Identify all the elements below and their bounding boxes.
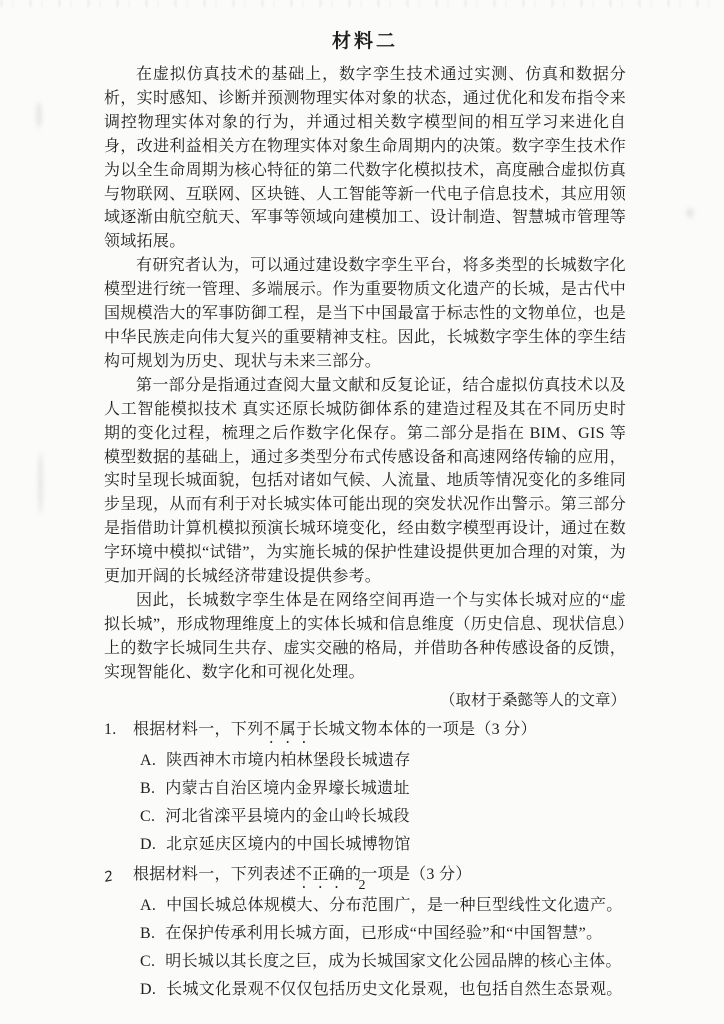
- question-1-option-d: D.北京延庆区境内的中国长城博物馆: [104, 831, 626, 859]
- option-label: D.: [140, 981, 156, 998]
- page-content: 材料二 在虚拟仿真技术的基础上，数字孪生技术通过实测、仿真和数据分析，实时感知、…: [104, 26, 626, 1004]
- option-label: D.: [140, 836, 156, 853]
- option-text: 河北省滦平县境内的金山岭长城段: [165, 808, 410, 825]
- question-1: 1.根据材料一，下列不属于长城文物本体的一项是（3 分） A.陕西神木市境内柏林…: [104, 716, 626, 859]
- paragraph-4: 因此，长城数字孪生体是在网络空间再造一个与实体长城对应的“虚拟长城”，形成物理维…: [104, 589, 626, 685]
- option-text: 明长城以其长度之巨，成为长城国家文化公园品牌的核心主体。: [165, 953, 621, 970]
- option-text: 在保护传承利用长城方面，已形成“中国经验”和“中国智慧”。: [165, 925, 602, 942]
- option-label: C.: [140, 808, 155, 825]
- section-title: 材料二: [104, 26, 626, 53]
- scan-smudge: [38, 452, 43, 514]
- question-2-option-a: A.中国长城总体规模大、分布范围广，是一种巨型线性文化遗产。: [104, 892, 626, 920]
- scan-smudge: [36, 102, 42, 128]
- paragraph-1: 在虚拟仿真技术的基础上，数字孪生技术通过实测、仿真和数据分析，实时感知、诊断并预…: [104, 63, 626, 254]
- question-1-stem-suffix: 长城文物本体的一项是（3 分）: [312, 721, 537, 738]
- option-text: 北京延庆区境内的中国长城博物馆: [166, 836, 411, 853]
- paragraph-2: 有研究者认为，可以通过建设数字孪生平台，将多类型的长城数字化模型进行统一管理、多…: [104, 254, 626, 374]
- question-2-option-d: D.长城文化景观不仅仅包括历史文化景观，也包括自然生态景观。: [104, 976, 626, 1004]
- option-text: 中国长城总体规模大、分布范围广，是一种巨型线性文化遗产。: [166, 897, 622, 914]
- question-1-option-b: B.内蒙古自治区境内金界壕长城遗址: [104, 775, 626, 803]
- question-1-option-c: C.河北省滦平县境内的金山岭长城段: [104, 803, 626, 831]
- option-label: A.: [140, 897, 156, 914]
- scan-artifact-top-edge: [0, 0, 724, 7]
- source-attribution: （取材于桑懿等人的文章）: [104, 688, 626, 714]
- option-label: B.: [140, 925, 155, 942]
- option-label: C.: [140, 953, 155, 970]
- option-text: 内蒙古自治区境内金界壕长城遗址: [165, 780, 410, 797]
- question-1-stem: 1.根据材料一，下列不属于长城文物本体的一项是（3 分）: [104, 716, 626, 747]
- option-text: 长城文化景观不仅仅包括历史文化景观，也包括自然生态景观。: [166, 981, 622, 998]
- scanned-exam-page: 材料二 在虚拟仿真技术的基础上，数字孪生技术通过实测、仿真和数据分析，实时感知、…: [0, 0, 724, 1024]
- question-1-number: 1.: [104, 716, 124, 744]
- page-number: 2: [0, 878, 724, 894]
- question-1-stem-prefix: 根据材料一，下列: [133, 721, 263, 738]
- paragraph-3: 第一部分是指通过查阅大量文献和反复论证，结合虚拟仿真技术以及人工智能模拟技术 真…: [104, 374, 626, 589]
- option-label: B.: [140, 780, 155, 797]
- option-text: 陕西神木市境内柏林堡段长城遗存: [166, 752, 411, 769]
- scan-smudge: [686, 208, 694, 218]
- question-2-option-b: B.在保护传承利用长城方面，已形成“中国经验”和“中国智慧”。: [104, 920, 626, 948]
- question-1-option-a: A.陕西神木市境内柏林堡段长城遗存: [104, 747, 626, 775]
- question-2-option-c: C.明长城以其长度之巨，成为长城国家文化公园品牌的核心主体。: [104, 948, 626, 976]
- question-1-stem-emphasis: 不属于: [263, 721, 312, 738]
- option-label: A.: [140, 752, 156, 769]
